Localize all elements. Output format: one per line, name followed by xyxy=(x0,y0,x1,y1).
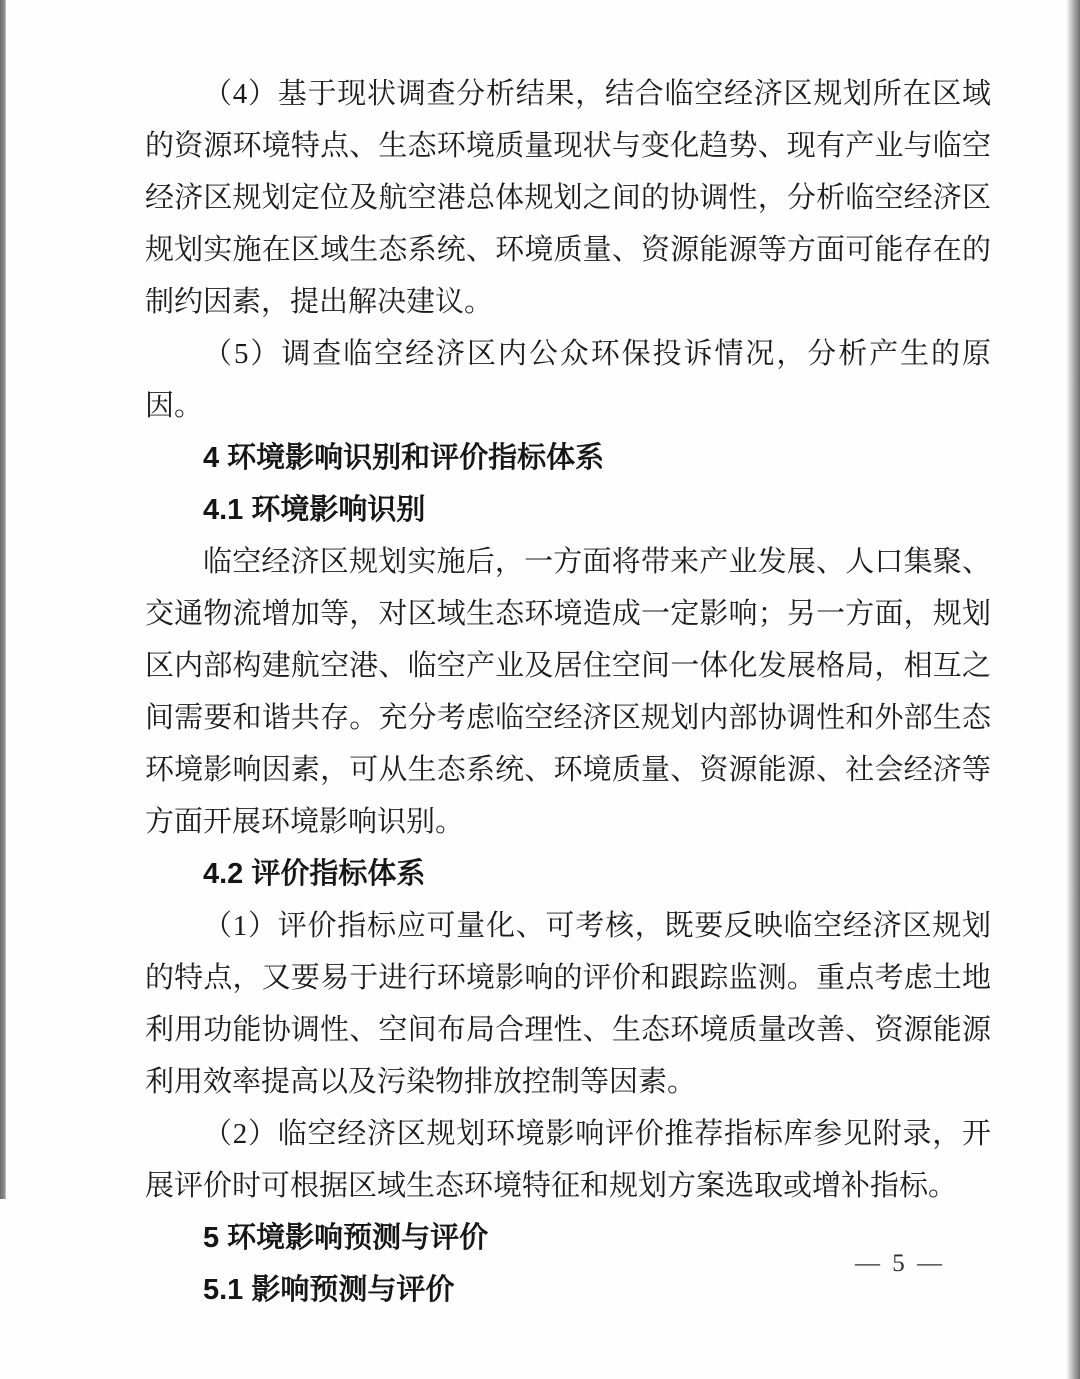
paragraph: （5）调查临空经济区内公众环保投诉情况，分析产生的原因。 xyxy=(145,328,991,432)
paragraph: （2）临空经济区规划环境影响评价推荐指标库参见附录，开展评价时可根据区域生态环境… xyxy=(145,1108,991,1212)
section-heading: 4.1 环境影响识别 xyxy=(145,484,991,536)
paragraph: （1）评价指标应可量化、可考核，既要反映临空经济区规划的特点，又要易于进行环境影… xyxy=(145,900,991,1108)
document-content: （4）基于现状调查分析结果，结合临空经济区规划所在区域的资源环境特点、生态环境质… xyxy=(145,68,991,1316)
paragraph: 临空经济区规划实施后，一方面将带来产业发展、人口集聚、交通物流增加等，对区域生态… xyxy=(145,536,991,848)
page-number: — 5 — xyxy=(790,1250,1010,1278)
section-heading: 4.2 评价指标体系 xyxy=(145,848,991,900)
section-heading: 4 环境影响识别和评价指标体系 xyxy=(145,432,991,484)
scan-edge-left xyxy=(0,0,6,1199)
scan-edge-right xyxy=(1066,0,1080,1379)
document-page: （4）基于现状调查分析结果，结合临空经济区规划所在区域的资源环境特点、生态环境质… xyxy=(0,0,1080,1379)
paragraph: （4）基于现状调查分析结果，结合临空经济区规划所在区域的资源环境特点、生态环境质… xyxy=(145,68,991,328)
